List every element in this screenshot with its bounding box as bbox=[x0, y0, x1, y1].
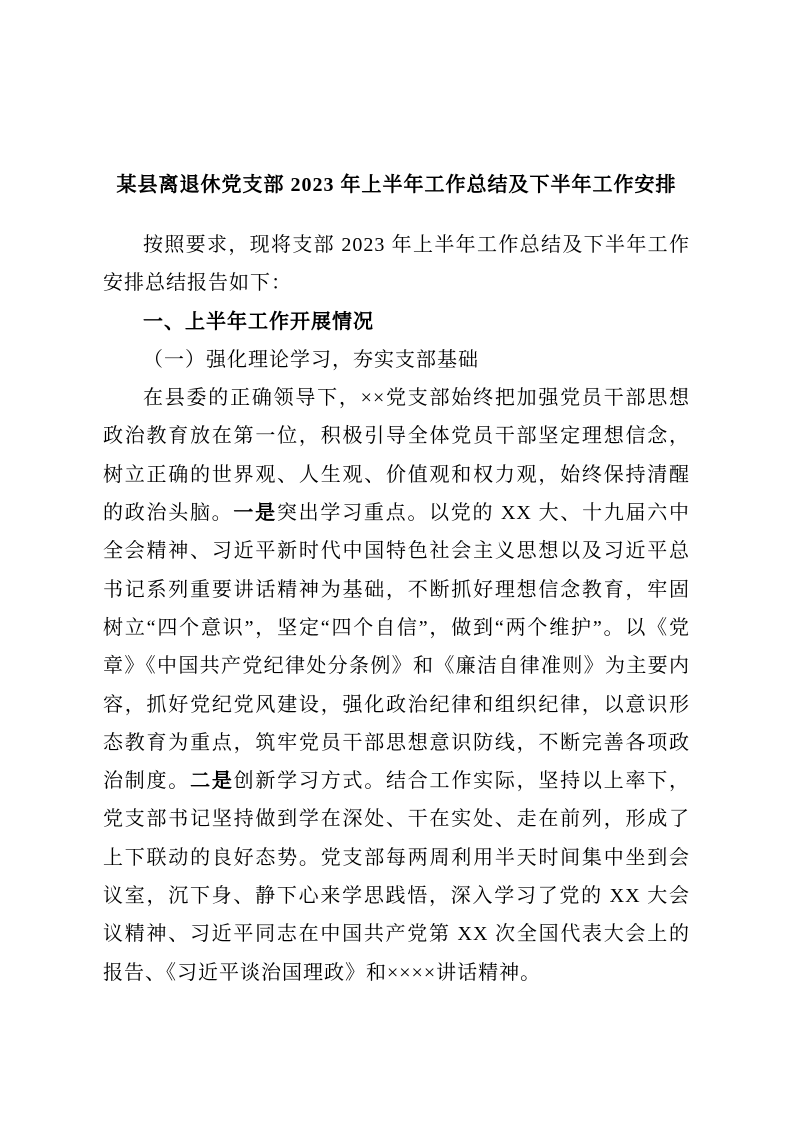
paragraph: 在县委的正确领导下，××党支部始终把加强党员干部思想政治教育放在第一位，积极引导… bbox=[103, 379, 690, 992]
bold-text-run: 一是 bbox=[233, 502, 276, 524]
text-run: 创新学习方式。结合工作实际，坚持以上率下，党支部书记坚持做到学在深处、干在实处、… bbox=[103, 770, 690, 983]
text-run: （一）强化理论学习，夯实支部基础 bbox=[143, 349, 479, 371]
document-body: 按照要求，现将支部 2023 年上半年工作总结及下半年工作安排总结报告如下：一、… bbox=[103, 226, 690, 992]
document-title: 某县离退休党支部 2023 年上半年工作总结及下半年工作安排 bbox=[103, 166, 690, 204]
bold-text-run: 二是 bbox=[190, 770, 234, 792]
document-content: 某县离退休党支部 2023 年上半年工作总结及下半年工作安排 按照要求，现将支部… bbox=[103, 166, 690, 992]
document-page: 某县离退休党支部 2023 年上半年工作总结及下半年工作安排 按照要求，现将支部… bbox=[0, 0, 793, 1122]
heading-1: 一、上半年工作开展情况 bbox=[103, 303, 690, 341]
paragraph: 按照要求，现将支部 2023 年上半年工作总结及下半年工作安排总结报告如下： bbox=[103, 226, 690, 303]
bold-text-run: 一、上半年工作开展情况 bbox=[143, 311, 374, 333]
text-run: 突出学习重点。以党的 XX 大、十九届六中全会精神、习近平新时代中国特色社会主义… bbox=[103, 502, 690, 792]
heading-2: （一）强化理论学习，夯实支部基础 bbox=[103, 341, 690, 379]
text-run: 按照要求，现将支部 2023 年上半年工作总结及下半年工作安排总结报告如下： bbox=[103, 234, 690, 294]
